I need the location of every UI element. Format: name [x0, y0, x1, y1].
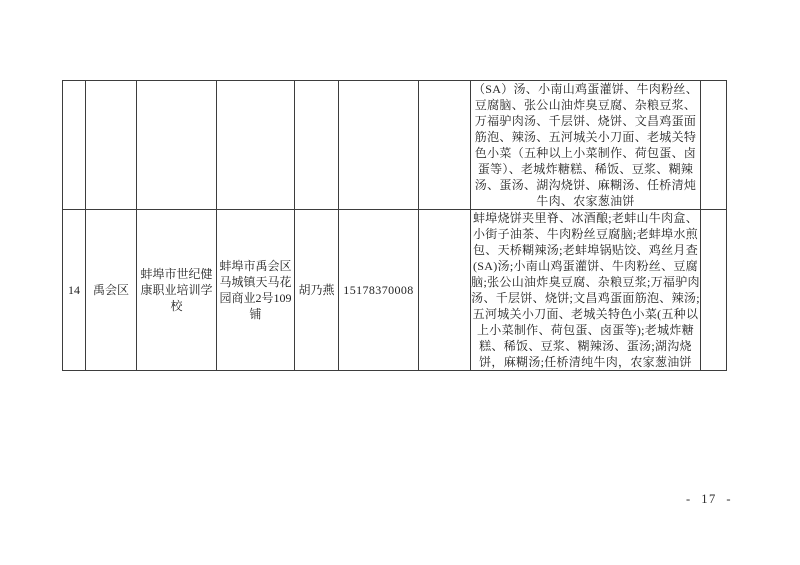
empty-cell [86, 81, 137, 210]
empty-cell [339, 81, 419, 210]
empty-cell [217, 81, 295, 210]
training-school-table: （SA）汤、小南山鸡蛋灌饼、牛肉粉丝、豆腐脑、张公山油炸臭豆腐、杂粮豆浆、万福驴… [62, 80, 727, 371]
empty-cell [701, 81, 727, 210]
empty-cell [137, 81, 217, 210]
empty-cell [63, 81, 86, 210]
empty-cell [701, 210, 727, 371]
table-row-continuation: （SA）汤、小南山鸡蛋灌饼、牛肉粉丝、豆腐脑、张公山油炸臭豆腐、杂粮豆浆、万福驴… [63, 81, 727, 210]
contact-person: 胡乃燕 [295, 210, 339, 371]
row-number: 14 [63, 210, 86, 371]
school-address: 蚌埠市禹会区马城镇天马花园商业2号109铺 [217, 210, 295, 371]
document-page: （SA）汤、小南山鸡蛋灌饼、牛肉粉丝、豆腐脑、张公山油炸臭豆腐、杂粮豆浆、万福驴… [0, 0, 800, 565]
empty-cell [419, 81, 471, 210]
district-name: 禹会区 [86, 210, 137, 371]
empty-cell [419, 210, 471, 371]
contact-phone: 15178370008 [339, 210, 419, 371]
school-name: 蚌埠市世纪健康职业培训学校 [137, 210, 217, 371]
table-row: 14 禹会区 蚌埠市世纪健康职业培训学校 蚌埠市禹会区马城镇天马花园商业2号10… [63, 210, 727, 371]
page-number: - 17 - [686, 492, 732, 507]
empty-cell [295, 81, 339, 210]
menu-list-continued: （SA）汤、小南山鸡蛋灌饼、牛肉粉丝、豆腐脑、张公山油炸臭豆腐、杂粮豆浆、万福驴… [471, 81, 701, 210]
menu-list: 蚌埠烧饼夹里脊、冰酒酿;老蚌山牛肉盒、小街子油茶、牛肉粉丝豆腐脑;老蚌埠水煎包、… [471, 210, 701, 371]
